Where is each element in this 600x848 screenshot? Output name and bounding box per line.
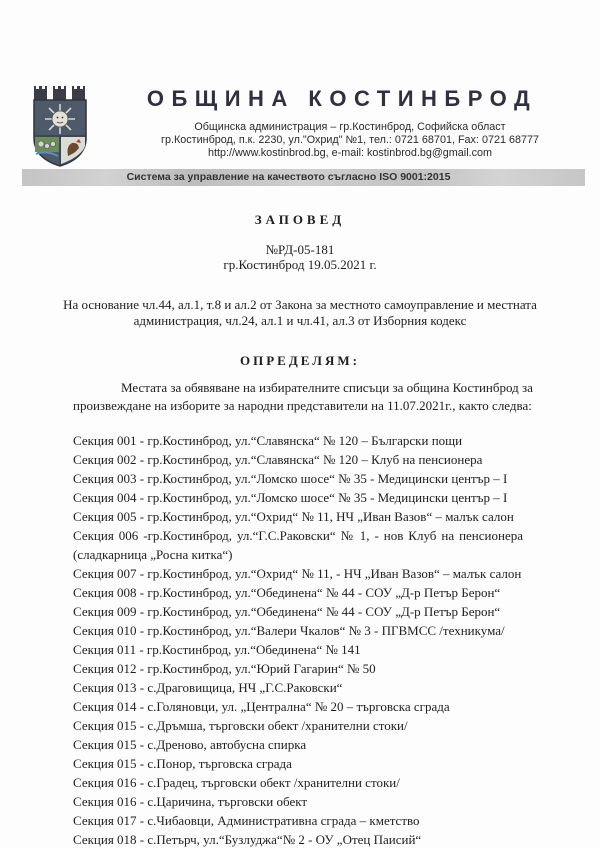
list-item: Секция 013 - с.Драговищица, НЧ „Г.С.Рако…: [73, 678, 533, 697]
list-item-line: (сладкарница „Росна китка“): [73, 545, 533, 564]
organization-name: ОБЩИНА КОСТИНБРОД: [132, 86, 552, 112]
list-item: Секция 017 - с.Чибаовци, Административна…: [73, 811, 533, 830]
list-item: Секция 004 - гр.Костинброд, ул.“Ломско ш…: [73, 488, 533, 507]
list-item: Секция 015 - с.Дреново, автобусна спирка: [73, 735, 533, 754]
list-item: Секция 002 - гр.Костинброд, ул.“Славянск…: [73, 450, 533, 469]
list-item: Секция 001 - гр.Костинброд, ул.“Славянск…: [73, 431, 533, 450]
list-item: Секция 016 - с.Градец, търговски обект /…: [73, 773, 533, 792]
list-item: Секция 015 - с.Дръмша, търговски обект /…: [73, 716, 533, 735]
list-item: Секция 015 - с.Понор, търговска сграда: [73, 754, 533, 773]
iso-text: Система за управление на качеството съгл…: [22, 171, 585, 183]
list-item: Секция 009 - гр.Костинброд, ул.“Обединен…: [73, 602, 533, 621]
list-item: Секция 010 - гр.Костинброд, ул.“Валери Ч…: [73, 621, 533, 640]
iso-certification-band: Система за управление на качеството съгл…: [22, 169, 585, 186]
intro-paragraph-line: произвеждане на изборите за народни пред…: [73, 398, 532, 414]
legal-basis-line: администрация, чл.24, ал.1 и чл.41, ал.3…: [0, 313, 600, 329]
list-item-line: Секция 006 -гр.Костинброд, ул.“Г.С.Раков…: [73, 526, 523, 545]
list-item: Секция 011 - гр.Костинброд, ул.“Обединен…: [73, 640, 533, 659]
intro-paragraph-line: Местата за обявяване на избирателните сп…: [73, 380, 523, 396]
contact-line: гр.Костинброд, п.к. 2230, ул."Охрид" №1,…: [150, 134, 550, 146]
address-line: Общинска администрация – гр.Костинброд, …: [150, 121, 550, 133]
list-item: Секция 018 - с.Петърч, ул.“Бузлуджа“№ 2 …: [73, 830, 533, 848]
list-item: Секция 016 - с.Царичина, търговски обект: [73, 792, 533, 811]
list-item: Секция 005 - гр.Костинброд, ул.“Охрид“ №…: [73, 507, 533, 526]
document-title: ЗАПОВЕД: [0, 212, 600, 228]
order-number: №РД-05-181: [0, 242, 600, 258]
web-email-line: http://www.kostinbrod.bg, e-mail: kostin…: [150, 147, 550, 159]
list-item: Секция 006 -гр.Костинброд, ул.“Г.С.Раков…: [73, 526, 533, 564]
polling-sections-list: Секция 001 - гр.Костинброд, ул.“Славянск…: [73, 431, 533, 848]
list-item: Секция 007 - гр.Костинброд, ул.“Охрид“ №…: [73, 564, 533, 583]
list-item: Секция 003 - гр.Костинброд, ул.“Ломско ш…: [73, 469, 533, 488]
decision-heading: ОПРЕДЕЛЯМ:: [0, 353, 600, 369]
list-item: Секция 012 - гр.Костинброд, ул.“Юрий Гаг…: [73, 659, 533, 678]
legal-basis-line: На основание чл.44, ал.1, т.8 и ал.2 от …: [0, 297, 600, 313]
list-item: Секция 014 - с.Голяновци, ул. „Централна…: [73, 697, 533, 716]
place-and-date: гр.Костинброд 19.05.2021 г.: [0, 257, 600, 273]
coat-of-arms-icon: [32, 86, 88, 168]
list-item: Секция 008 - гр.Костинброд, ул.“Обединен…: [73, 583, 533, 602]
